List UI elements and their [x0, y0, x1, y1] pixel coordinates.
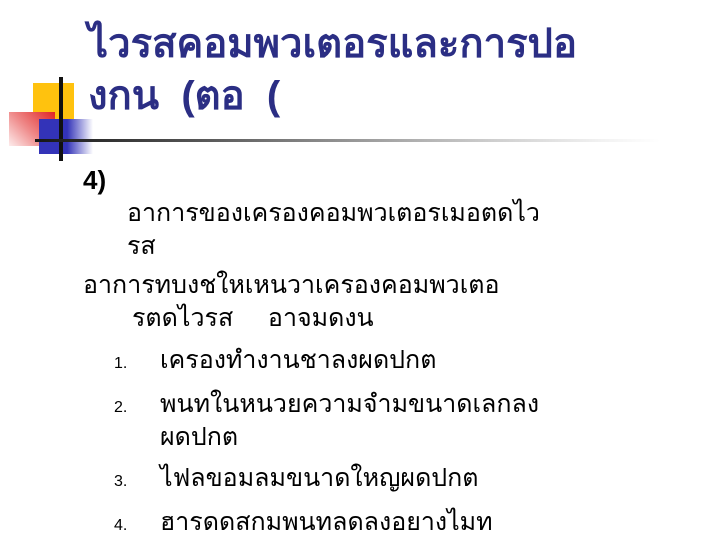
list-item-text: เครองทำงานชาลงผดปกต	[160, 344, 710, 377]
title-divider-rule	[35, 139, 680, 142]
slide-body: 4) อาการของเครองคอมพวเตอรเมอตดไว รส อากา…	[60, 164, 710, 540]
paragraph-line: รตดไวรส อาจมดงน	[132, 302, 710, 335]
numbered-list: 1. เครองทำงานชาลงผดปกต 2. พนทในหนวยความจ…	[60, 344, 710, 540]
list-item-number: 4.	[60, 509, 160, 540]
paragraph-line: อาการทบงชใหเหนวาเครองคอมพวเตอ	[83, 269, 710, 302]
list-item-line: ไฟลขอมลมขนาดใหญผดปกต	[160, 462, 710, 495]
list-item-line: พนทในหนวยความจำมขนาดเลกลง	[160, 388, 710, 421]
slide: ไวรสคอมพวเตอรและการปอ งกน (ตอ ( 4) อาการ…	[0, 0, 720, 540]
title-line-1: ไวรสคอมพวเตอรและการปอ	[88, 18, 577, 70]
list-item-line: ผดปกต	[160, 421, 710, 454]
list-item-number: 1.	[60, 347, 160, 380]
decoration-blue-square	[39, 119, 93, 154]
list-item: 2. พนทในหนวยความจำมขนาดเลกลง ผดปกต	[60, 388, 710, 454]
slide-title: ไวรสคอมพวเตอรและการปอ งกน (ตอ (	[88, 18, 577, 122]
list-item-number: 2.	[60, 391, 160, 424]
list-item: 1. เครองทำงานชาลงผดปกต	[60, 344, 710, 380]
section-number: 4)	[83, 164, 710, 197]
list-item: 4. ฮารดดสกมพนทลดลงอยางไมท	[60, 506, 710, 540]
list-item-line: ฮารดดสกมพนทลดลงอยางไมท	[160, 506, 710, 539]
list-item-number: 3.	[60, 465, 160, 498]
list-item-text: ฮารดดสกมพนทลดลงอยางไมท	[160, 506, 710, 539]
paragraph-line: อาการของเครองคอมพวเตอรเมอตดไว	[127, 197, 710, 230]
title-line-2: งกน (ตอ (	[88, 70, 577, 122]
list-item: 3. ไฟลขอมลมขนาดใหญผดปกต	[60, 462, 710, 498]
decoration-vertical-line	[59, 77, 63, 161]
paragraph-symptoms-intro: อาการทบงชใหเหนวาเครองคอมพวเตอ รตดไวรส อา…	[60, 269, 710, 335]
list-item-text: พนทในหนวยความจำมขนาดเลกลง ผดปกต	[160, 388, 710, 454]
list-item-text: ไฟลขอมลมขนาดใหญผดปกต	[160, 462, 710, 495]
list-item-line: เครองทำงานชาลงผดปกต	[160, 344, 710, 377]
paragraph-line: รส	[127, 230, 710, 263]
paragraph-symptoms-heading: อาการของเครองคอมพวเตอรเมอตดไว รส	[127, 197, 710, 263]
